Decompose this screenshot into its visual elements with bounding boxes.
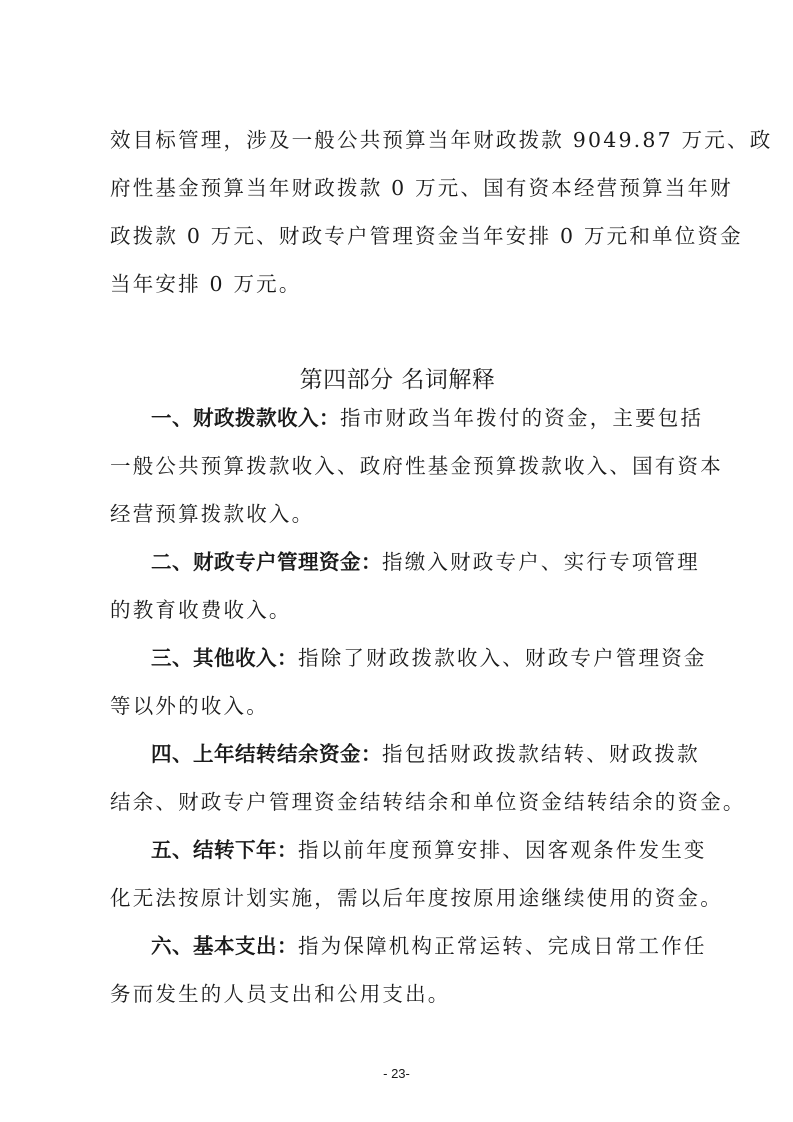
body-text-line: 等以外的收入。 [110, 688, 685, 724]
body-text-line: 的教育收费收入。 [110, 592, 685, 628]
term-label: 五、结转下年： [151, 838, 298, 862]
term-entry: 一、财政拨款收入：指市财政当年拨付的资金，主要包括 [110, 400, 726, 436]
term-entry: 六、基本支出：指为保障机构正常运转、完成日常工作任 [110, 928, 726, 964]
term-definition: 指以前年度预算安排、因客观条件发生变 [298, 838, 707, 862]
term-definition: 指市财政当年拨付的资金，主要包括 [340, 406, 703, 430]
term-entry: 四、上年结转结余资金：指包括财政拨款结转、财政拨款 [110, 736, 726, 772]
term-label: 三、其他收入： [151, 646, 298, 670]
body-text-line: 化无法按原计划实施，需以后年度按原用途继续使用的资金。 [110, 880, 685, 916]
term-label: 二、财政专户管理资金： [151, 550, 382, 574]
body-text-line: 结余、财政专户管理资金结转结余和单位资金结转结余的资金。 [110, 784, 685, 820]
body-text-line: 府性基金预算当年财政拨款 0 万元、国有资本经营预算当年财 [110, 170, 685, 206]
body-text-line: 政拨款 0 万元、财政专户管理资金当年安排 0 万元和单位资金 [110, 218, 685, 254]
body-text-line: 经营预算拨款收入。 [110, 496, 685, 532]
term-label: 六、基本支出： [151, 934, 298, 958]
body-text-line: 效目标管理，涉及一般公共预算当年财政拨款 9049.87 万元、政 [110, 122, 685, 158]
body-text-line: 务而发生的人员支出和公用支出。 [110, 976, 685, 1012]
term-entry: 二、财政专户管理资金：指缴入财政专户、实行专项管理 [110, 544, 726, 580]
term-label: 一、财政拨款收入： [151, 406, 340, 430]
body-text-line: 当年安排 0 万元。 [110, 266, 685, 302]
term-label: 四、上年结转结余资金： [151, 742, 382, 766]
section-title: 第四部分 名词解释 [110, 360, 685, 400]
page-number: - 23- [0, 1066, 793, 1081]
term-entry: 五、结转下年：指以前年度预算安排、因客观条件发生变 [110, 832, 726, 868]
term-definition: 指除了财政拨款收入、财政专户管理资金 [298, 646, 707, 670]
term-definition: 指缴入财政专户、实行专项管理 [382, 550, 700, 574]
term-definition: 指包括财政拨款结转、财政拨款 [382, 742, 700, 766]
body-text-line: 一般公共预算拨款收入、政府性基金预算拨款收入、国有资本 [110, 448, 685, 484]
term-entry: 三、其他收入：指除了财政拨款收入、财政专户管理资金 [110, 640, 726, 676]
term-definition: 指为保障机构正常运转、完成日常工作任 [298, 934, 707, 958]
